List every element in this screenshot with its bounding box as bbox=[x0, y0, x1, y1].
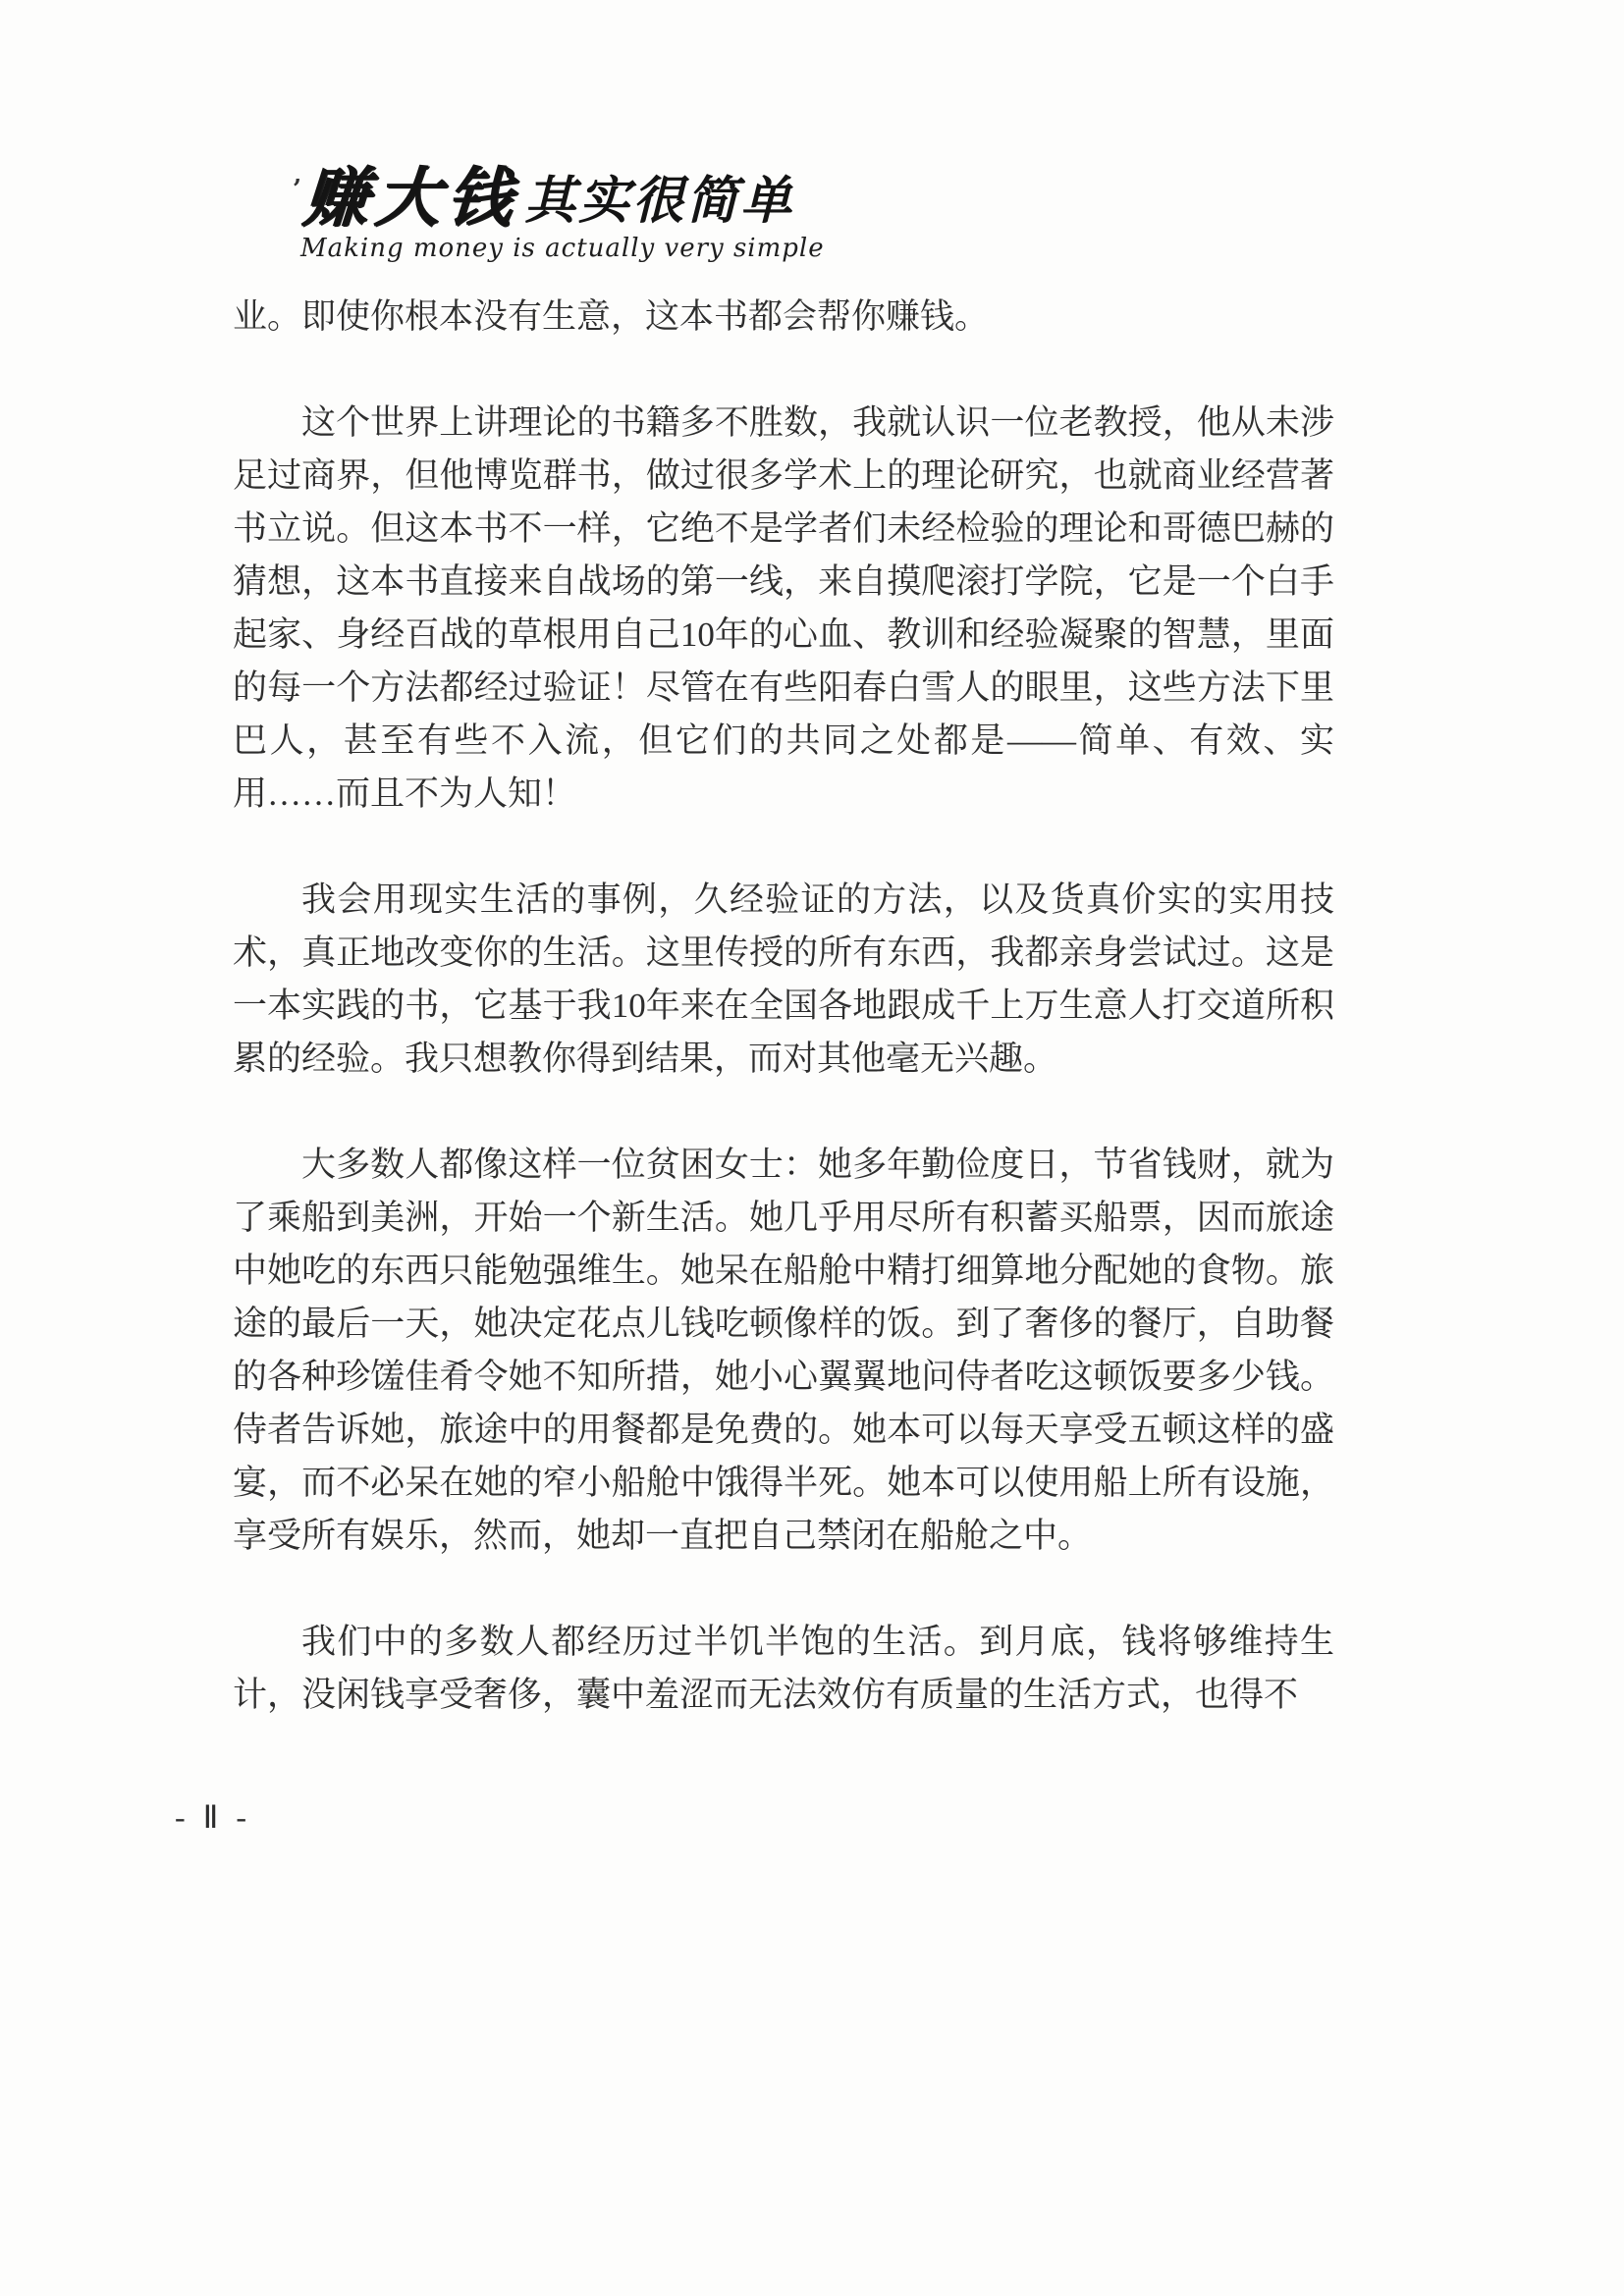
paragraph-half-hungry-life: 我们中的多数人都经历过半饥半饱的生活。到月底，钱将够维持生计，没闲钱享受奢侈，囊… bbox=[233, 1616, 1334, 1722]
paragraph-real-life-examples: 我会用现实生活的事例，久经验证的方法，以及货真价实的实用技术，真正地改变你的生活… bbox=[233, 874, 1334, 1086]
page-body-text: 业。即使你根本没有生意，这本书都会帮你赚钱。 这个世界上讲理论的书籍多不胜数，我… bbox=[233, 291, 1334, 1722]
logo-title-row: ’ 赚大钱 其实很简单 bbox=[293, 165, 825, 230]
logo-title-calligraphic: 赚大钱 bbox=[301, 165, 521, 230]
paragraph-continuation: 业。即使你根本没有生意，这本书都会帮你赚钱。 bbox=[233, 291, 1334, 344]
page-number: - Ⅱ - bbox=[175, 1798, 251, 1836]
book-page: ’ 赚大钱 其实很简单 Making money is actually ver… bbox=[0, 0, 1624, 2296]
logo-ink-mark: ’ bbox=[293, 175, 301, 204]
paragraph-poor-lady-story: 大多数人都像这样一位贫困女士：她多年勤俭度日，节省钱财，就为了乘船到美洲，开始一… bbox=[233, 1139, 1334, 1563]
paragraph-theory-books: 这个世界上讲理论的书籍多不胜数，我就认识一位老教授，他从未涉足过商界，但他博览群… bbox=[233, 397, 1334, 821]
logo-subtitle-english: Making money is actually very simple bbox=[300, 234, 825, 263]
book-header-logo: ’ 赚大钱 其实很简单 Making money is actually ver… bbox=[293, 165, 825, 263]
logo-title-regular: 其实很简单 bbox=[524, 176, 794, 230]
